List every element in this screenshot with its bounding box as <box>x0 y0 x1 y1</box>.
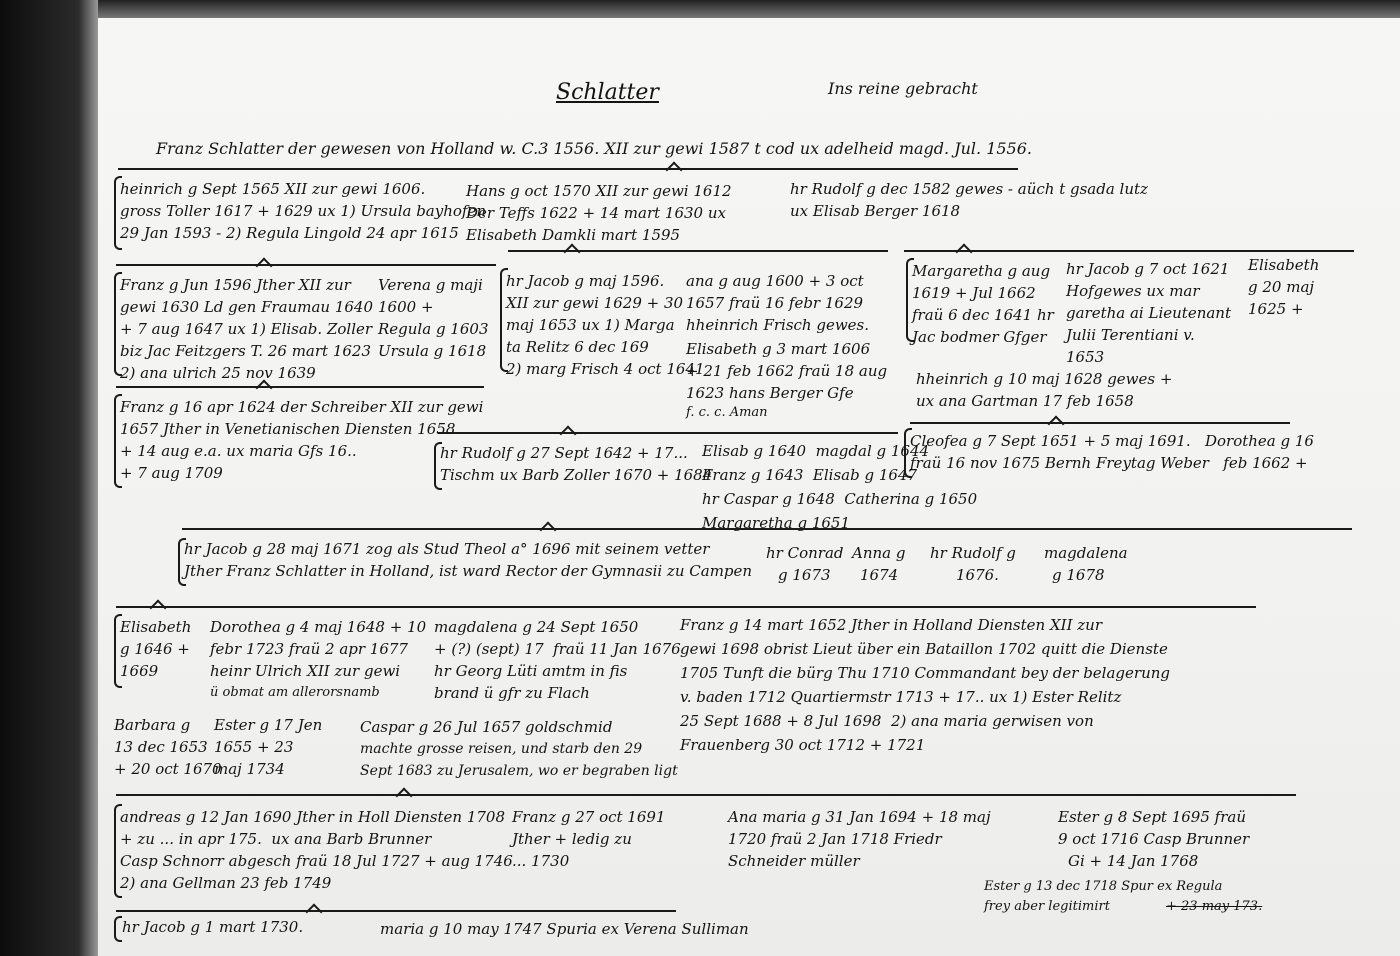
scan-dark-border-top <box>98 0 1400 18</box>
entry-line: Ester g 8 Sept 1695 fraü <box>1058 806 1246 828</box>
entry-line: andreas g 12 Jan 1690 Jther in Holl Dien… <box>120 806 505 828</box>
entry-line: 1657 fraü 16 febr 1629 <box>686 292 863 314</box>
entry-line: Franz g Jun 1596 Jther XII zur <box>120 274 351 296</box>
entry-line: maj 1653 ux 1) Marga <box>506 314 675 336</box>
entry-line: 1669 <box>120 660 158 682</box>
branch-tick <box>540 522 557 539</box>
entry-line: Jther Franz Schlatter in Holland, ist wa… <box>184 560 752 582</box>
entry-line: g 1646 + <box>120 638 190 660</box>
entry-line: 2) ana ulrich 25 nov 1639 <box>120 362 316 384</box>
gen7-jacob-1730: hr Jacob g 1 mart 1730. <box>122 916 303 938</box>
document-title: Schlatter <box>556 82 659 104</box>
entry-line: maj 1734 <box>214 758 285 780</box>
entry-line: hr Jacob g maj 1596. <box>506 270 664 292</box>
entry-line: 1653 <box>1066 346 1104 368</box>
entry-line: hr Rudolf g 27 Sept 1642 + 17... <box>440 442 688 464</box>
entry-line: Elisab g 1640 magdal g 1644 <box>702 440 929 462</box>
entry-line: ux Elisab Berger 1618 <box>790 200 960 222</box>
entry-line: Elisabeth g 3 mart 1606 <box>686 338 870 360</box>
entry-line: hr Conrad <box>766 542 843 564</box>
rule-root <box>118 168 1018 170</box>
entry-line: Franz g 1643 Elisab g 1647 <box>702 464 917 486</box>
genealogy-document-page: Schlatter Ins reine gebracht Franz Schla… <box>98 18 1400 956</box>
entry-line: v. baden 1712 Quartiermstr 1713 + 17.. u… <box>680 686 1121 708</box>
branch-tick <box>306 904 323 921</box>
entry-line: Franz g 16 apr 1624 der Schreiber XII zu… <box>120 396 483 418</box>
rule-gen3-left <box>116 386 484 388</box>
entry-line: g 20 maj <box>1248 276 1314 298</box>
entry-line: Ana maria g 31 Jan 1694 + 18 maj <box>728 806 991 828</box>
entry-line: Franz g 14 mart 1652 Jther in Holland Di… <box>680 614 1102 636</box>
entry-line: Cleofea g 7 Sept 1651 + 5 maj 1691. Doro… <box>910 430 1314 452</box>
branch-tick <box>666 162 683 179</box>
rule-gen6 <box>116 794 1296 796</box>
branch-tick <box>150 600 167 617</box>
entry-line: Ester g 13 dec 1718 Spur ex Regula <box>984 876 1222 898</box>
entry-line: gewi 1630 Ld gen Fraumau 1640 <box>120 296 373 318</box>
entry-line: hheinrich g 10 maj 1628 gewes + <box>916 368 1172 390</box>
entry-line: machte grosse reisen, und starb den 29 <box>360 738 642 760</box>
entry-line: hr Rudolf g dec 1582 gewes - aüch t gsad… <box>790 178 1148 200</box>
branch-tick <box>396 788 413 805</box>
entry-line: XII zur gewi 1629 + 30 <box>506 292 683 314</box>
entry-line: 1655 + 23 <box>214 736 293 758</box>
entry-line: + 7 aug 1647 ux 1) Elisab. Zoller <box>120 318 372 340</box>
entry-line: Anna g <box>852 542 905 564</box>
entry-line: Franz g 27 oct 1691 <box>512 806 665 828</box>
entry-line: + 7 aug 1709 <box>120 462 223 484</box>
branch-tick <box>560 426 577 443</box>
entry-line: 9 oct 1716 Casp Brunner <box>1058 828 1249 850</box>
rule-gen3-mid <box>438 432 898 434</box>
entry-line: ... 1730 <box>512 850 569 872</box>
entry-line: 1674 <box>860 564 898 586</box>
gen7-maria-1747: maria g 10 may 1747 Spuria ex Verena Sul… <box>380 918 749 940</box>
entry-line: + 21 feb 1662 fraü 18 aug <box>686 360 887 382</box>
rule-gen7 <box>116 910 676 912</box>
entry-line: Elisabeth Damkli mart 1595 <box>466 224 680 246</box>
entry-line: hr Caspar g 1648 Catherina g 1650 <box>702 488 977 510</box>
entry-line: ux ana Gartman 17 feb 1658 <box>916 390 1134 412</box>
entry-line: Casp Schnorr abgesch fraü 18 Jul 1727 + … <box>120 850 513 872</box>
entry-line: 1619 + Jul 1662 <box>912 282 1036 304</box>
entry-line: heinr Ulrich XII zur gewi <box>210 660 400 682</box>
entry-line: hr Jacob g 28 maj 1671 zog als Stud Theo… <box>184 538 709 560</box>
entry-line: hr Jacob g 7 oct 1621 <box>1066 258 1229 280</box>
entry-line: 1705 Tunft die bürg Thu 1710 Commandant … <box>680 662 1170 684</box>
entry-line: g 1673 <box>778 564 831 586</box>
entry-line: 25 Sept 1688 + 8 Jul 1698 2) ana maria g… <box>680 710 1094 732</box>
entry-line: 29 Jan 1593 - 2) Regula Lingold 24 apr 1… <box>120 222 459 244</box>
entry-line: magdalena g 24 Sept 1650 <box>434 616 638 638</box>
entry-line: Margaretha g aug <box>912 260 1050 282</box>
entry-line: heinrich g Sept 1565 XII zur gewi 1606. <box>120 178 425 200</box>
entry-line: + 20 oct 1670 <box>114 758 222 780</box>
entry-line: Hans g oct 1570 XII zur gewi 1612 <box>466 180 732 202</box>
rule-gen4 <box>182 528 1352 530</box>
entry-line: Sept 1683 zu Jerusalem, wo er begraben l… <box>360 760 678 782</box>
branch-tick <box>956 244 973 261</box>
entry-line: ana g aug 1600 + 3 oct <box>686 270 864 292</box>
entry-line: 1625 + <box>1248 298 1304 320</box>
entry-line: 13 dec 1653 <box>114 736 208 758</box>
entry-line: ta Relitz 6 dec 169 <box>506 336 649 358</box>
entry-line: 1657 Jther in Venetianischen Diensten 16… <box>120 418 455 440</box>
entry-line: Ursula g 1618 <box>378 340 486 362</box>
branch-tick <box>256 258 273 275</box>
entry-line: 2) ana Gellman 23 feb 1749 <box>120 872 331 894</box>
entry-line: Elisabeth <box>120 616 191 638</box>
entry-line: Ester g 17 Jen <box>214 714 322 736</box>
entry-line: frey aber legitimirt <box>984 896 1110 918</box>
rule-gen2-left <box>116 264 496 266</box>
entry-line: hheinrich Frisch gewes. <box>686 314 869 336</box>
entry-line: Julii Terentiani v. <box>1066 324 1195 346</box>
entry-line: Margaretha g 1651 <box>702 512 850 534</box>
entry-line: Gi + 14 Jan 1768 <box>1068 850 1198 872</box>
root-ancestor-line: Franz Schlatter der gewesen von Holland … <box>156 138 1032 160</box>
scan-dark-border-left <box>0 0 98 956</box>
entry-line: fraü 6 dec 1641 hr <box>912 304 1054 326</box>
entry-line: Hofgewes ux mar <box>1066 280 1200 302</box>
entry-line: gewi 1698 obrist Lieut über ein Bataillo… <box>680 638 1168 660</box>
entry-line: Jther + ledig zu <box>512 828 632 850</box>
entry-line: + 14 aug e.a. ux maria Gfs 16.. <box>120 440 357 462</box>
entry-line: garetha ai Lieutenant <box>1066 302 1231 324</box>
top-right-note: Ins reine gebracht <box>828 78 978 100</box>
entry-line: 1623 hans Berger Gfe <box>686 382 854 404</box>
rule-gen3-right <box>910 422 1290 424</box>
entry-line: 1720 fraü 2 Jan 1718 Friedr <box>728 828 942 850</box>
entry-line: Dorothea g 4 maj 1648 + 10 <box>210 616 426 638</box>
entry-line: 1676. <box>956 564 999 586</box>
entry-line: febr 1723 fraü 2 apr 1677 <box>210 638 408 660</box>
entry-line: f. c. c. Aman <box>686 402 768 424</box>
entry-line: 2) marg Frisch 4 oct 1641 <box>506 358 705 380</box>
entry-line: Caspar g 26 Jul 1657 goldschmid <box>360 716 612 738</box>
branch-tick <box>564 244 581 261</box>
rule-gen5 <box>116 606 1256 608</box>
entry-line: + zu ... in apr 175. ux ana Barb Brunner <box>120 828 431 850</box>
entry-line: Tischm ux Barb Zoller 1670 + 1684 <box>440 464 712 486</box>
entry-line: gross Toller 1617 + 1629 ux 1) Ursula ba… <box>120 200 486 222</box>
entry-line: Verena g maji <box>378 274 483 296</box>
entry-line: g 1678 <box>1052 564 1105 586</box>
entry-line: + (?) (sept) 17 fraü 11 Jan 1676 <box>434 638 681 660</box>
entry-line: brand ü gfr zu Flach <box>434 682 590 704</box>
entry-line: Frauenberg 30 oct 1712 + 1721 <box>680 734 925 756</box>
entry-line: Schneider müller <box>728 850 860 872</box>
entry-line: 1600 + <box>378 296 434 318</box>
entry-line: Der Teffs 1622 + 14 mart 1630 ux <box>466 202 726 224</box>
entry-line: magdalena <box>1044 542 1128 564</box>
entry-line: biz Jac Feitzgers T. 26 mart 1623 <box>120 340 371 362</box>
entry-line: Jac bodmer Gfger <box>912 326 1047 348</box>
entry-line: ü obmat am allerorsnamb <box>210 682 380 704</box>
entry-line: fraü 16 nov 1675 Bernh Freytag Weber feb… <box>910 452 1308 474</box>
bracket <box>114 916 122 942</box>
entry-line: hr Georg Lüti amtm in fis <box>434 660 627 682</box>
entry-line: Elisabeth <box>1248 254 1319 276</box>
entry-line: Regula g 1603 <box>378 318 489 340</box>
entry-line: hr Rudolf g <box>930 542 1016 564</box>
struck-text: + 23 may 173. <box>1166 896 1262 918</box>
entry-line: Barbara g <box>114 714 190 736</box>
